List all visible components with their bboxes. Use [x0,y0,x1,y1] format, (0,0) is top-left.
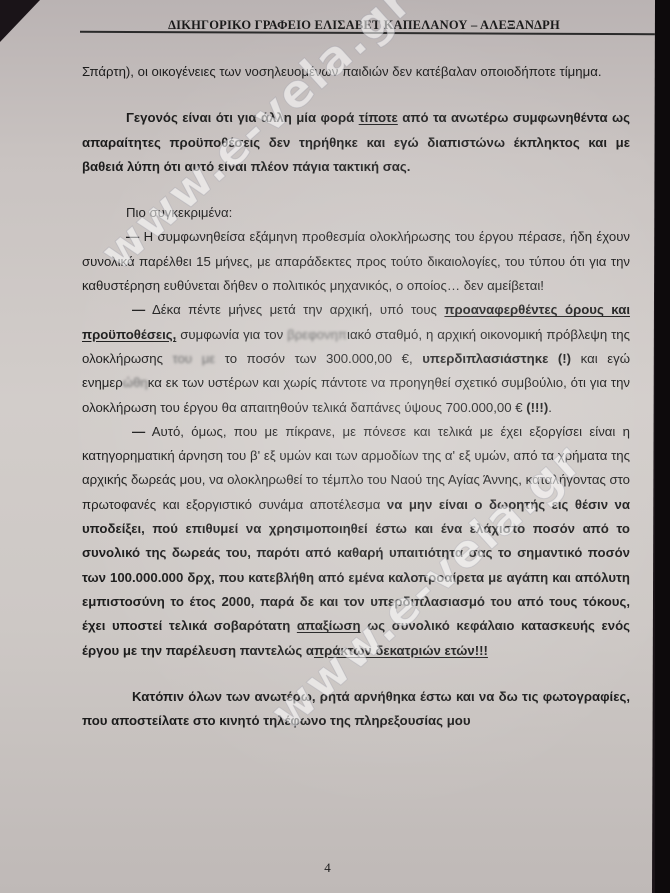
paragraph-fact-statement: Γεγονός είναι ότι για άλλη μία φορά τίπο… [82,106,630,179]
underlined-bold-text: απαξίωση [297,618,361,633]
paragraph-specifics-heading: Πιο συγκεκριμένα: [82,201,630,225]
text-span: το ποσόν των 300.000,00 €, [215,351,422,366]
text-span: συμφωνία για τον [176,327,287,342]
background-edge [655,0,670,893]
bold-text: (!!!) [526,400,548,415]
bold-text: να μην είναι ο δωρητής εις θέσιν να υποδ… [82,497,630,633]
paragraph-complaint: — Αυτό, όμως, που με πίκρανε, με πόνεσε … [82,420,630,663]
page-number: 4 [0,860,655,876]
bold-text: υπερδιπλασιάστηκε (!) [422,351,571,366]
paragraph-budget: — Δέκα πέντε μήνες μετά την αρχική, υπό … [82,298,630,419]
dash-bullet: — [126,229,139,244]
text-span: Η συμφωνηθείσα εξάμηνη προθεσμία ολοκλήρ… [82,229,630,293]
redacted-text: βρεφονηπ [287,327,347,342]
document-page: ΔΙΚΗΓΟΡΙΚΟ ΓΡΑΦΕΙΟ ΕΛΙΣΑΒΕΤ ΚΑΠΕΛΑΝΟΥ – … [0,0,655,893]
paragraph-continuation: Σπάρτη), οι οικογένειες των νοσηλευομένω… [82,60,630,84]
dash-bullet: — [132,424,145,439]
dash-bullet: — [132,302,145,317]
redacted-text: του με [173,351,216,366]
text-span: Δέκα πέντε μήνες μετά την αρχική, υπό το… [145,302,444,317]
paragraph-conclusion: Κατόπιν όλων των ανωτέρω, ρητά αρνήθηκα … [82,685,630,734]
document-body: Σπάρτη), οι οικογένειες των νοσηλευομένω… [82,60,630,733]
redacted-text: ώθη [123,375,148,390]
text-span: . [548,400,552,415]
paragraph-deadline: — Η συμφωνηθείσα εξάμηνη προθεσμία ολοκλ… [82,225,630,298]
underlined-text: τίποτε [359,110,398,125]
underlined-bold-text: πράκτων δεκατριών ετών!!! [314,643,488,658]
text-span: Γεγονός είναι ότι για άλλη μία φορά [126,110,359,125]
